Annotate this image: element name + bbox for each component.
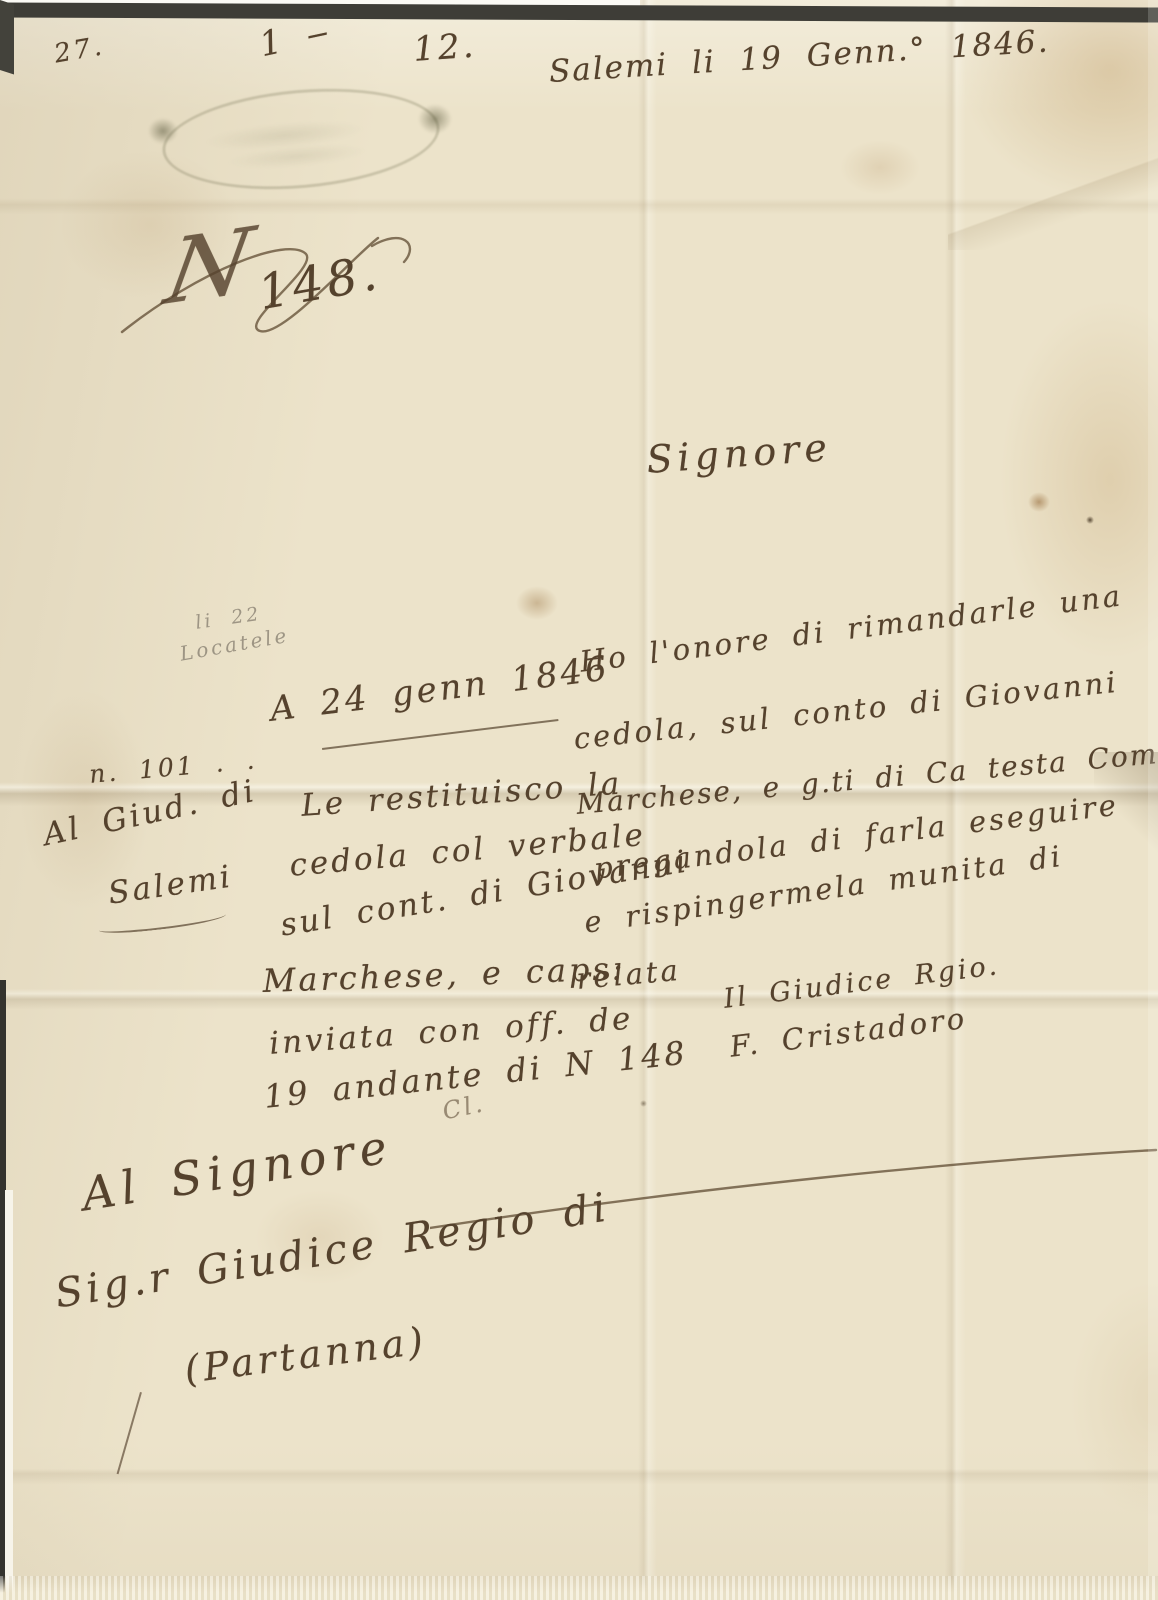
top-left-page-number: 27. (52, 31, 107, 69)
margin-addressee-line1: Al Giud. di (40, 773, 260, 853)
scan-edge-topleft (0, 0, 14, 75)
address-line-1: Al Signore (78, 1119, 396, 1221)
address-line-3: (Partanna) (182, 1318, 429, 1391)
dateline: Salemi li 19 Genn.° 1846. (548, 23, 1050, 90)
scanned-letter: 27. 1 ‒ 12. Salemi li 19 Genn.° 1846. N … (0, 0, 1158, 1600)
oval-stamp-icon (158, 78, 443, 200)
summary-date-underline (322, 719, 558, 750)
summary-line: A 24 genn 1846 (268, 648, 612, 729)
salutation: Signore (645, 425, 833, 482)
scan-edge-bottom (0, 1576, 1158, 1600)
stamp-ink-blob-left (148, 118, 178, 144)
pencil-note-line2: Locatele (178, 623, 291, 666)
body-line: Ho l'onore di rimandarle una (578, 578, 1125, 678)
scan-edge-right (1148, 0, 1158, 1600)
top-number: 12. (412, 26, 478, 70)
signature-name: F. Cristadoro (728, 1001, 969, 1064)
address-pen-stroke (117, 1392, 142, 1474)
registry-letter: N (158, 207, 259, 325)
registry-number: 148. (254, 245, 385, 321)
summary-line: Marchese, e caps: (262, 949, 626, 1000)
salemi-underline (98, 909, 227, 936)
scan-edge-left-white (5, 1190, 13, 1600)
corner-crease (948, 120, 1158, 250)
top-center-mark: 1 ‒ (256, 11, 335, 65)
margin-addressee-line2: Salemi (106, 859, 235, 912)
stamp-ink-blob-right (418, 104, 452, 134)
body-line: cedola, sul conto di Giovanni (572, 665, 1120, 756)
scan-edge-top-dark (0, 2, 1158, 22)
